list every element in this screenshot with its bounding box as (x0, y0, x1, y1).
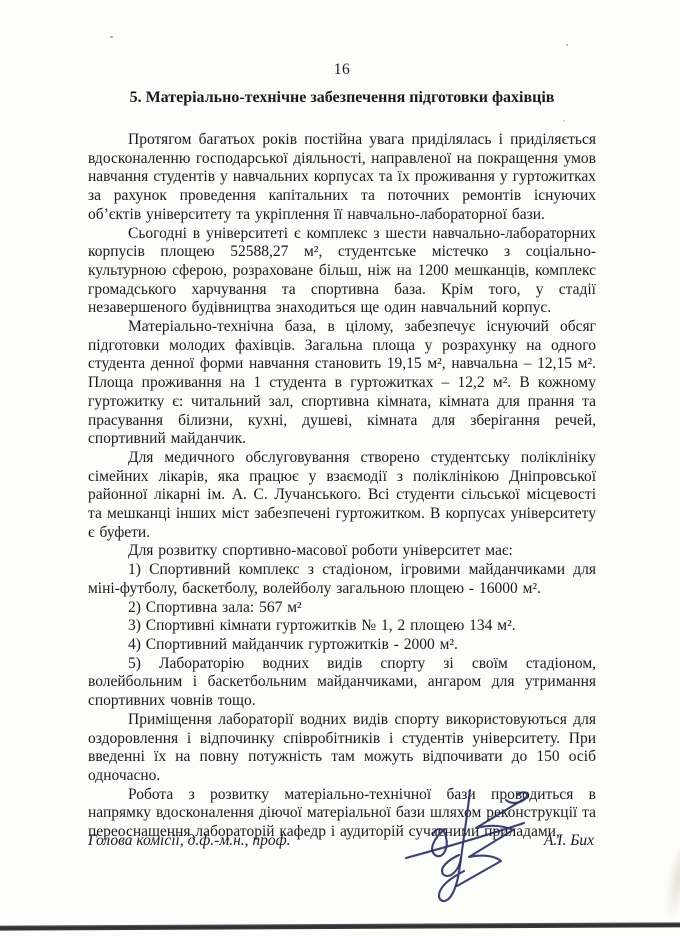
scan-speck (566, 44, 568, 46)
scan-speck (110, 36, 113, 38)
scan-speck (563, 120, 565, 122)
scan-smudge-artifact (659, 844, 680, 924)
paragraph-campus: Сьогодні в університеті є комплекс з шес… (88, 225, 596, 319)
section-heading: 5. Матеріально-технічне забезпечення під… (88, 88, 596, 107)
sports-list-intro: Для розвитку спортивно-масової роботи ун… (88, 542, 596, 561)
signature-role: Голова комісії, д.ф.-м.н., проф. (88, 832, 291, 850)
scan-edge-artifact (0, 922, 680, 930)
signature-name: А.І. Бих (544, 832, 594, 850)
list-item-sports-hall: 2) Спортивна зала: 567 м² (88, 599, 596, 618)
list-item-dorm-rooms: 3) Спортивні кімнати гуртожитків № 1, 2 … (88, 617, 596, 636)
handwritten-signature-scribble (398, 786, 538, 910)
paragraph-material-base: Матеріально-технічна база, в цілому, заб… (88, 318, 596, 449)
paragraph-overview: Протягом багатьох років постійна увага п… (88, 131, 596, 225)
list-item-dorm-playground: 4) Спортивний майданчик гуртожитків - 20… (88, 636, 596, 655)
paragraph-water-lab-use: Приміщення лабораторії водних видів спор… (88, 711, 596, 786)
paragraph-medical: Для медичного обслуговування створено ст… (88, 449, 596, 543)
page-number: 16 (88, 60, 596, 79)
document-page: 16 5. Матеріально-технічне забезпечення … (0, 0, 680, 936)
list-item-water-sports-lab: 5) Лабораторію водних видів спорту зі св… (88, 655, 596, 711)
list-item-sports-complex: 1) Спортивний комплекс з стадіоном, ігро… (88, 561, 596, 598)
